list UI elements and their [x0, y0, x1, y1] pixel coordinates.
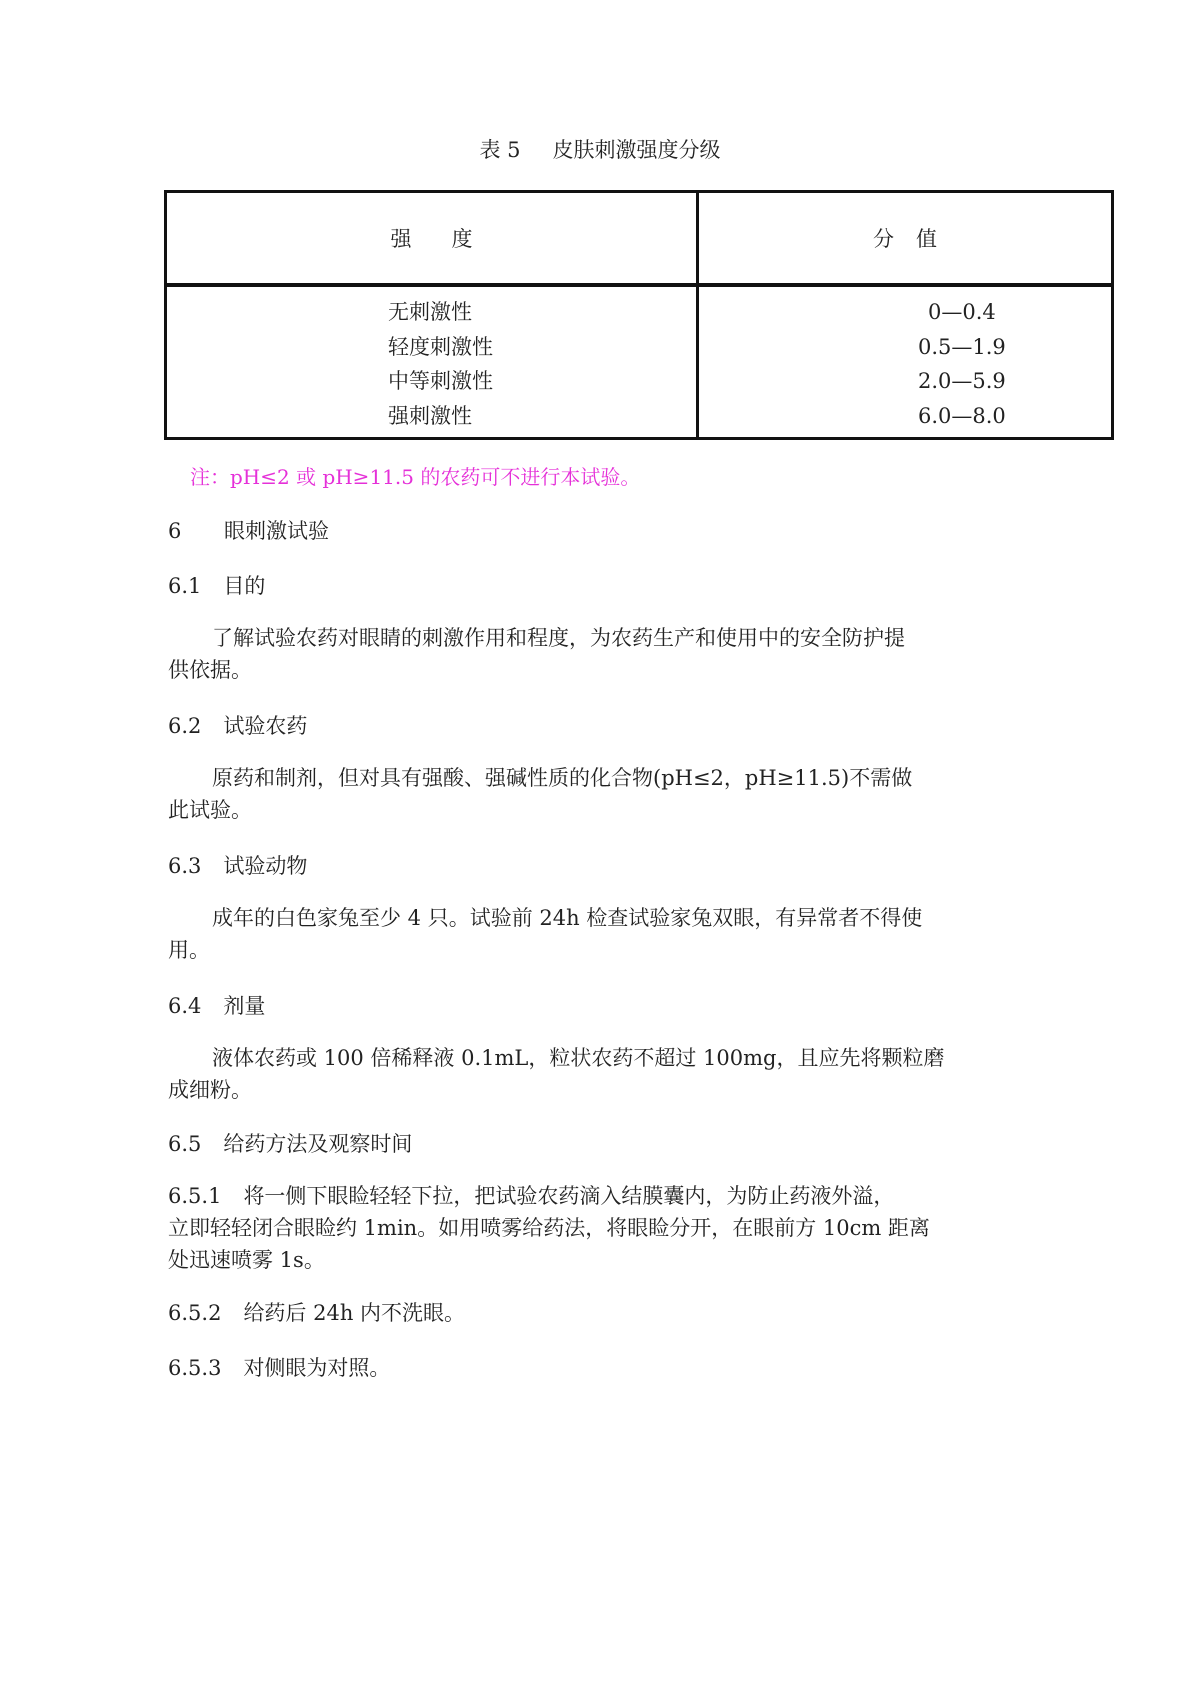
score-cell: 0—0.4 0.5—1.9 2.0—5.9 6.0—8.0 [698, 285, 1113, 439]
table-row-level: 无刺激性 [388, 295, 696, 330]
table-row-level: 强刺激性 [388, 399, 696, 434]
table-header-row: 强度 分值 [166, 192, 1113, 286]
table-number: 表 5 [479, 138, 520, 162]
paragraph-6-1: 了解试验农药对眼睛的刺激作用和程度，为农药生产和使用中的安全防护提 供依据。 [168, 622, 948, 686]
table-row-level: 轻度刺激性 [388, 330, 696, 365]
section-heading-6-4: 6.4剂量 [168, 990, 265, 1020]
section-heading-6-2: 6.2试验农药 [168, 710, 307, 740]
paragraph-6-5-3: 6.5.3对侧眼为对照。 [168, 1352, 390, 1382]
section-heading-6-5: 6.5给药方法及观察时间 [168, 1128, 412, 1158]
paragraph-6-4: 液体农药或 100 倍稀释液 0.1mL，粒状农药不超过 100mg，且应先将颗… [168, 1042, 948, 1106]
header-intensity: 强度 [166, 192, 698, 286]
table-row-score: 0.5—1.9 [918, 330, 1111, 365]
paragraph-6-5-2: 6.5.2给药后 24h 内不洗眼。 [168, 1297, 465, 1327]
intensity-cell: 无刺激性 轻度刺激性 中等刺激性 强刺激性 [166, 285, 698, 439]
table-title: 皮肤刺激强度分级 [553, 138, 721, 162]
section-heading-6: 6眼刺激试验 [168, 515, 329, 545]
table-body-row: 无刺激性 轻度刺激性 中等刺激性 强刺激性 0—0.4 0.5—1.9 2.0—… [166, 285, 1113, 439]
table-row-level: 中等刺激性 [388, 364, 696, 399]
table-row-score: 0—0.4 [918, 295, 1111, 330]
section-heading-6-1: 6.1目的 [168, 570, 265, 600]
paragraph-6-3: 成年的白色家兔至少 4 只。试验前 24h 检查试验家兔双眼，有异常者不得使 用… [168, 902, 948, 966]
table-row-score: 6.0—8.0 [918, 399, 1111, 434]
irritation-grade-table: 强度 分值 无刺激性 轻度刺激性 中等刺激性 强刺激性 0—0.4 0.5—1.… [164, 190, 1114, 440]
header-score: 分值 [698, 192, 1113, 286]
section-heading-6-3: 6.3试验动物 [168, 850, 307, 880]
table-caption: 表 5皮肤刺激强度分级 [0, 134, 1200, 164]
table-note: 注：pH≤2 或 pH≥11.5 的农药可不进行本试验。 [190, 461, 640, 490]
paragraph-6-2: 原药和制剂，但对具有强酸、强碱性质的化合物(pH≤2，pH≥11.5)不需做 此… [168, 762, 948, 826]
paragraph-6-5-1: 6.5.1将一侧下眼睑轻轻下拉，把试验农药滴入结膜囊内，为防止药液外溢， 立即轻… [168, 1180, 948, 1276]
table-row-score: 2.0—5.9 [918, 364, 1111, 399]
